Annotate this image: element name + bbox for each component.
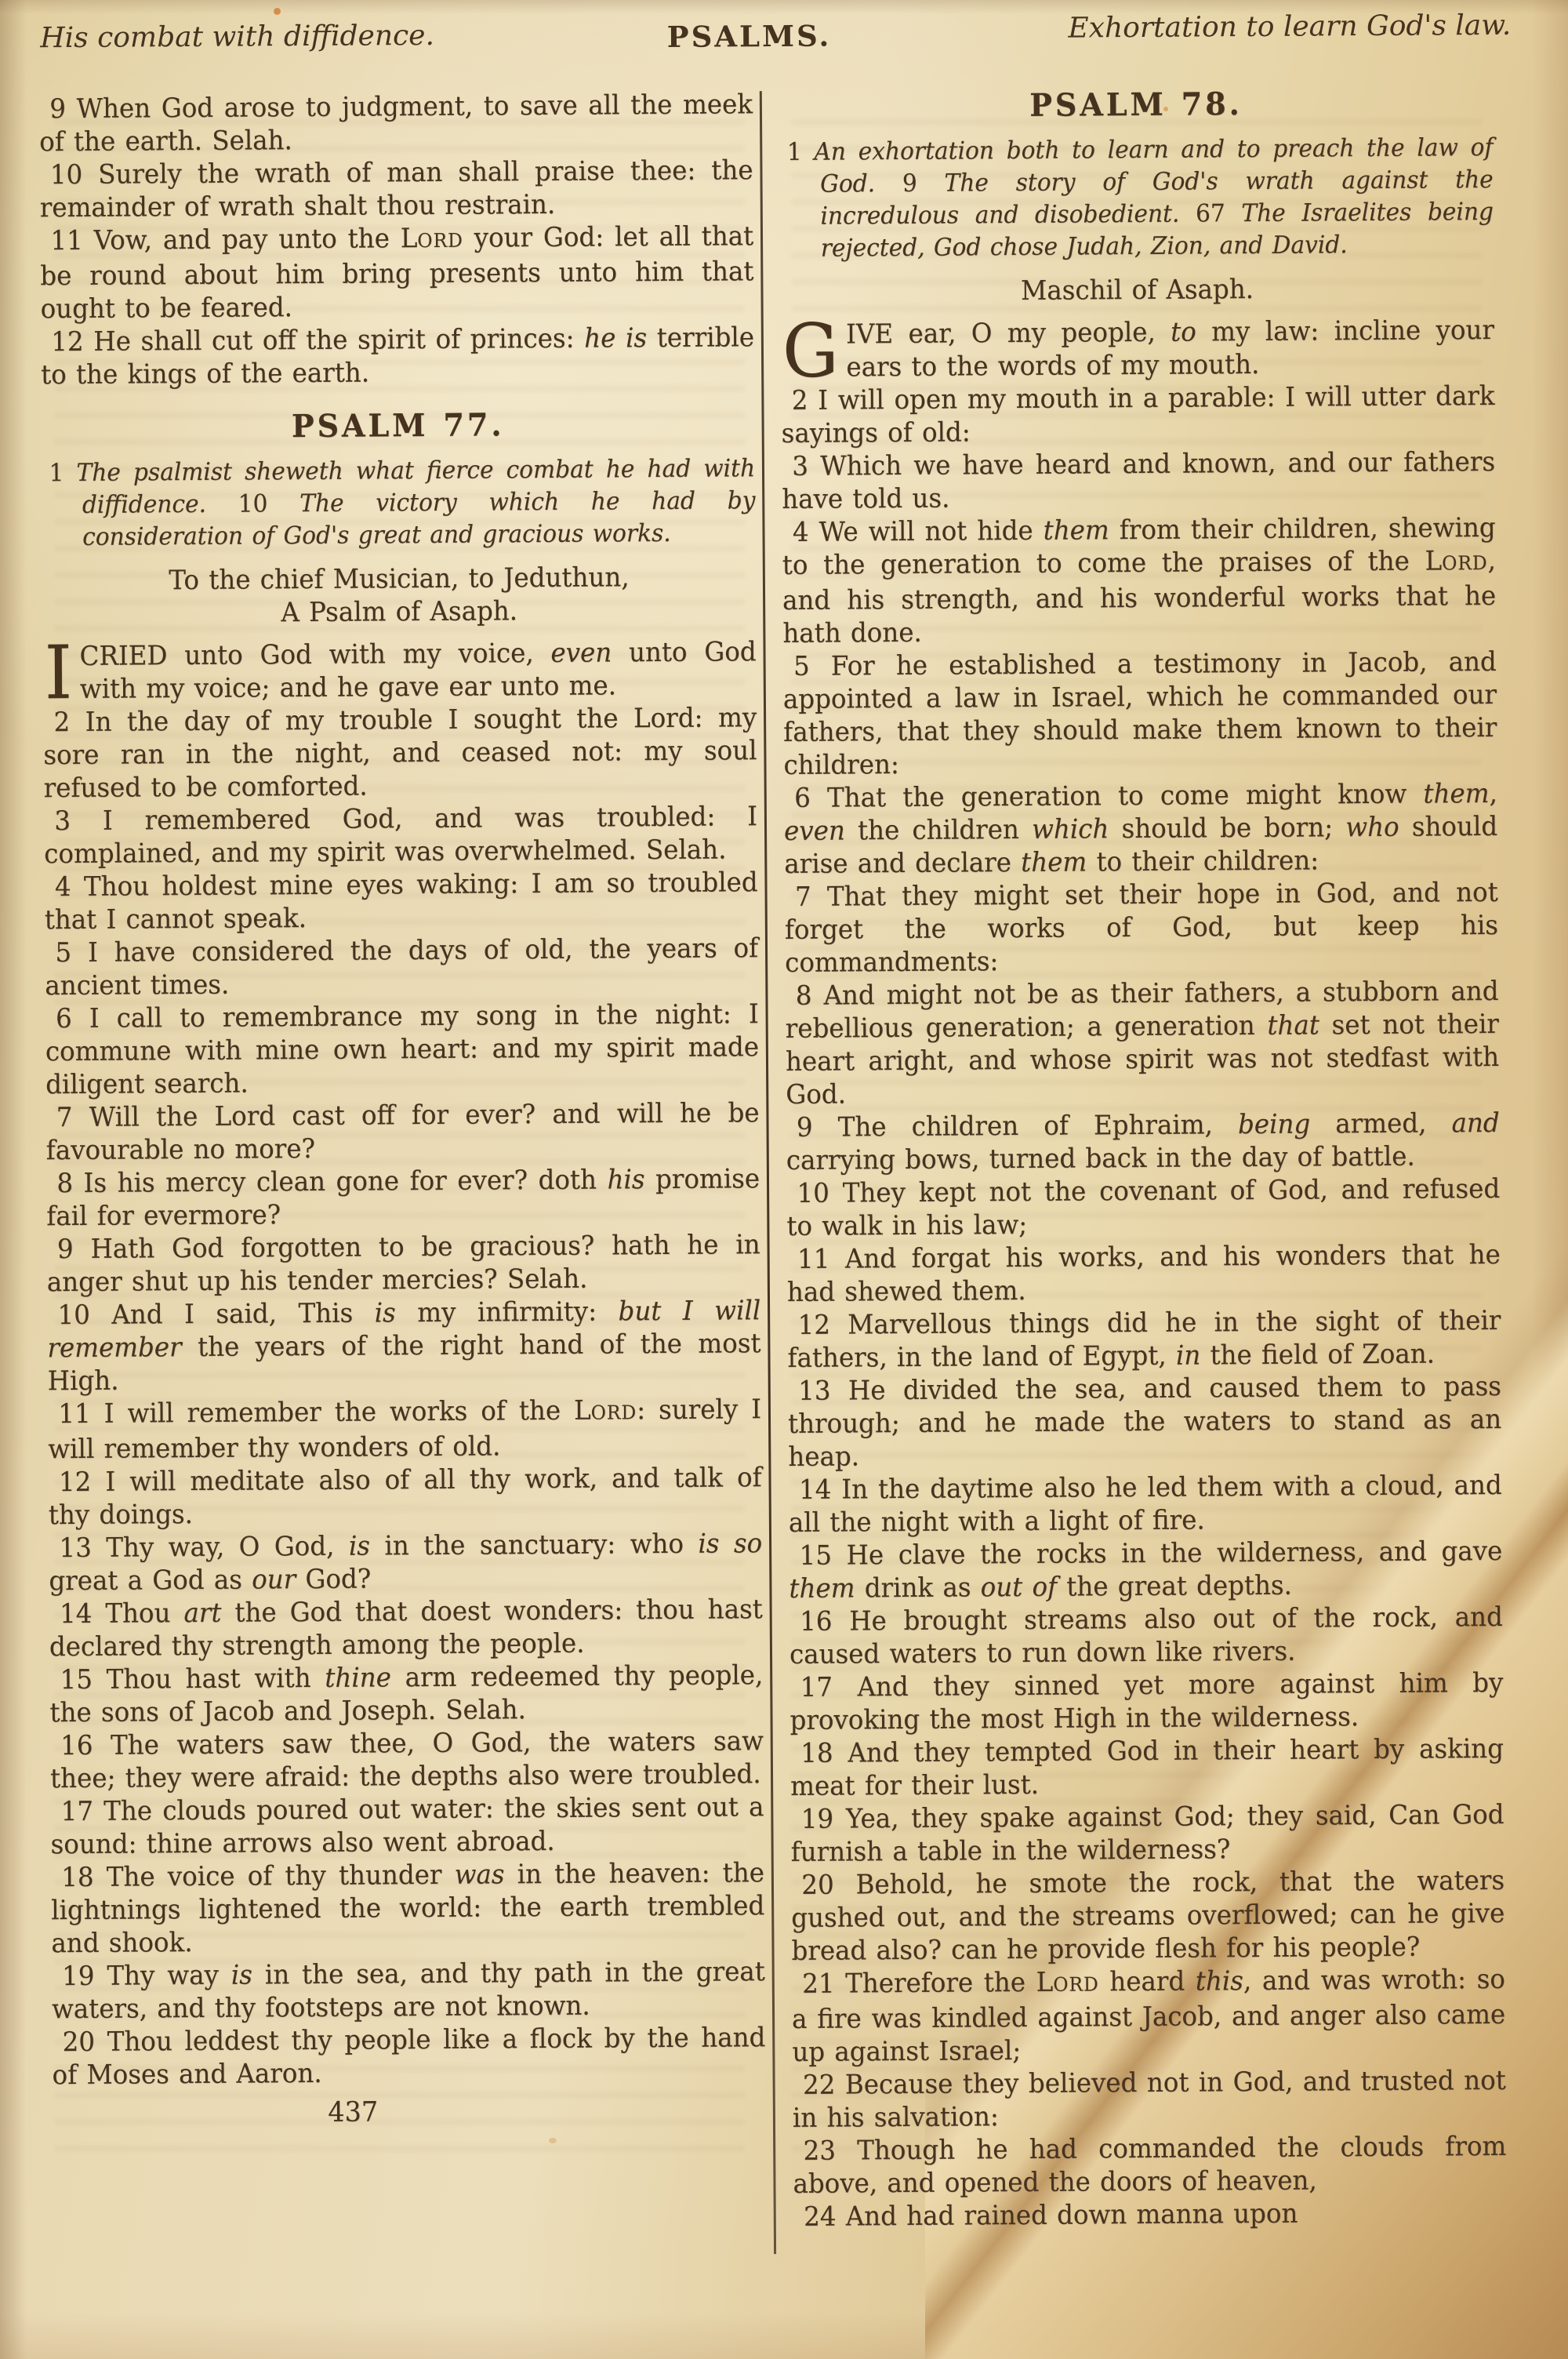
- small-caps: ORD: [417, 229, 463, 252]
- right-column: PSALM 78. 1 An exhortation both to learn…: [779, 83, 1507, 2234]
- verse: ICRIED unto God with my voice, even unto…: [42, 635, 757, 706]
- verse: 4 We will not hide them from their child…: [782, 511, 1496, 650]
- header-book-title: PSALMS.: [667, 19, 832, 54]
- verse: 19 Thy way is in the sea, and thy path i…: [52, 1955, 766, 2026]
- verse: 16 The waters saw thee, O God, the water…: [50, 1725, 764, 1795]
- verse: 12 Marvellous things did he in the sight…: [787, 1304, 1501, 1375]
- header-right-title: Exhortation to learn God's law.: [1068, 9, 1511, 45]
- psalm-78-title: PSALM 78.: [779, 86, 1493, 124]
- verse: 5 For he established a testimony in Jaco…: [783, 645, 1497, 782]
- verse: 8 And might not be as their fathers, a s…: [785, 975, 1499, 1111]
- verse: 20 Behold, he smote the rock, that the w…: [791, 1864, 1505, 1968]
- verse: 14 In the daytime also he led them with …: [788, 1469, 1502, 1539]
- verse: 19 Yea, they spake against God; they sai…: [790, 1798, 1504, 1869]
- verse: 6 That the generation to come might know…: [784, 777, 1498, 881]
- verse: 3 I remembered God, and was troubled: I …: [44, 800, 758, 871]
- psalm-77-title: PSALM 77.: [41, 407, 754, 445]
- verse: 22 Because they believed not in God, and…: [793, 2064, 1507, 2135]
- verse: 11 I will remember the works of the LORD…: [48, 1393, 762, 1466]
- verse: 10 Surely the wrath of man shall praise …: [39, 154, 753, 224]
- verse: 6 I call to remembrance my song in the n…: [45, 998, 759, 1101]
- verse-text: CRIED unto God with my voice, even unto …: [79, 636, 756, 705]
- verse: 10 And I said, This is my infirmity: but…: [47, 1294, 761, 1398]
- verse: 2 In the day of my trouble I sought the …: [43, 701, 757, 805]
- verse: 7 That they might set their hope in God,…: [784, 876, 1498, 980]
- verse: 14 Thou art the God that doest wonders: …: [49, 1593, 764, 1663]
- verse: 23 Though he had commanded the clouds fr…: [793, 2130, 1507, 2201]
- verse: 8 Is his mercy clean gone for ever? doth…: [46, 1162, 760, 1233]
- verse: 15 Thou hast with thine arm redeemed thy…: [49, 1659, 764, 1729]
- verse: 2 I will open my mouth in a parable: I w…: [781, 380, 1495, 450]
- verse: 13 Thy way, O God, is in the sanctuary: …: [49, 1527, 763, 1598]
- verse: 5 I have considered the days of old, the…: [45, 932, 759, 1002]
- psalm-76-verses: 9 When God arose to judgment, to save al…: [39, 88, 755, 391]
- page-number: 437: [53, 2093, 766, 2131]
- verse: 17 And they sinned yet more against him …: [789, 1667, 1504, 1737]
- verse: 4 Thou holdest mine eyes waking: I am so…: [44, 866, 758, 936]
- verse: 13 He divided the sea, and caused them t…: [788, 1370, 1502, 1474]
- verse: 18 And they tempted God in their heart b…: [790, 1732, 1504, 1803]
- psalm-77-inscription-line2: A Psalm of Asaph.: [42, 593, 756, 631]
- verse: 21 Therefore the LORD heard this, and wa…: [792, 1963, 1506, 2069]
- verse: 11 Vow, and pay unto the LORD your God: …: [40, 220, 754, 325]
- drop-cap-letter: I: [44, 643, 72, 704]
- psalm-78-verses: 2 I will open my mouth in a parable: I w…: [781, 380, 1507, 2234]
- verse: 11 And forgat his works, and his wonders…: [787, 1238, 1501, 1309]
- psalm-78-argument: 1 An exhortation both to learn and to pr…: [779, 132, 1494, 265]
- psalm-77-argument: 1 The psalmist sheweth what fierce comba…: [42, 453, 756, 554]
- left-column: 9 When God arose to judgment, to save al…: [39, 88, 767, 2158]
- drop-cap-letter: G: [782, 322, 839, 383]
- verse: 9 Hath God forgotten to be gracious? hat…: [46, 1228, 760, 1299]
- verse: 18 The voice of thy thunder was in the h…: [51, 1856, 765, 1960]
- verse: 9 The children of Ephraim, being armed, …: [786, 1107, 1500, 1177]
- verse-text: IVE ear, O my people, to my law: incline…: [846, 314, 1494, 383]
- psalm-78-inscription: Maschil of Asaph.: [780, 271, 1494, 309]
- verse: 3 Which we have heard and known, and our…: [782, 445, 1496, 516]
- small-caps: ORD: [591, 1401, 637, 1423]
- printed-content: His combat with diffidence. PSALMS. Exho…: [0, 0, 1568, 2359]
- verse: 7 Will the Lord cast off for ever? and w…: [45, 1096, 760, 1167]
- small-caps: ORD: [1442, 551, 1488, 574]
- small-caps: ORD: [1053, 1972, 1099, 1995]
- psalm-77-verses: 2 In the day of my trouble I sought the …: [43, 701, 766, 2092]
- verse: 12 I will meditate also of all thy work,…: [48, 1461, 762, 1532]
- verse: 10 They kept not the covenant of God, an…: [786, 1172, 1501, 1243]
- psalm-77-inscription-line1: To the chief Musician, to Jeduthun,: [42, 560, 756, 598]
- verse: 15 He clave the rocks in the wilderness,…: [789, 1535, 1503, 1605]
- verse: 17 The clouds poured out water: the skie…: [50, 1790, 764, 1861]
- verse: 12 He shall cut off the spirit of prince…: [41, 321, 755, 391]
- verse: GIVE ear, O my people, to my law: inclin…: [781, 314, 1495, 384]
- verse: 20 Thou leddest thy people like a flock …: [52, 2021, 766, 2092]
- verse: 9 When God arose to judgment, to save al…: [39, 88, 753, 158]
- verse: 16 He brought streams also out of the ro…: [789, 1601, 1504, 1671]
- running-header: His combat with diffidence. PSALMS. Exho…: [40, 13, 1511, 61]
- verse: 24 And had rained down manna upon: [793, 2196, 1507, 2234]
- header-left-title: His combat with diffidence.: [40, 20, 434, 54]
